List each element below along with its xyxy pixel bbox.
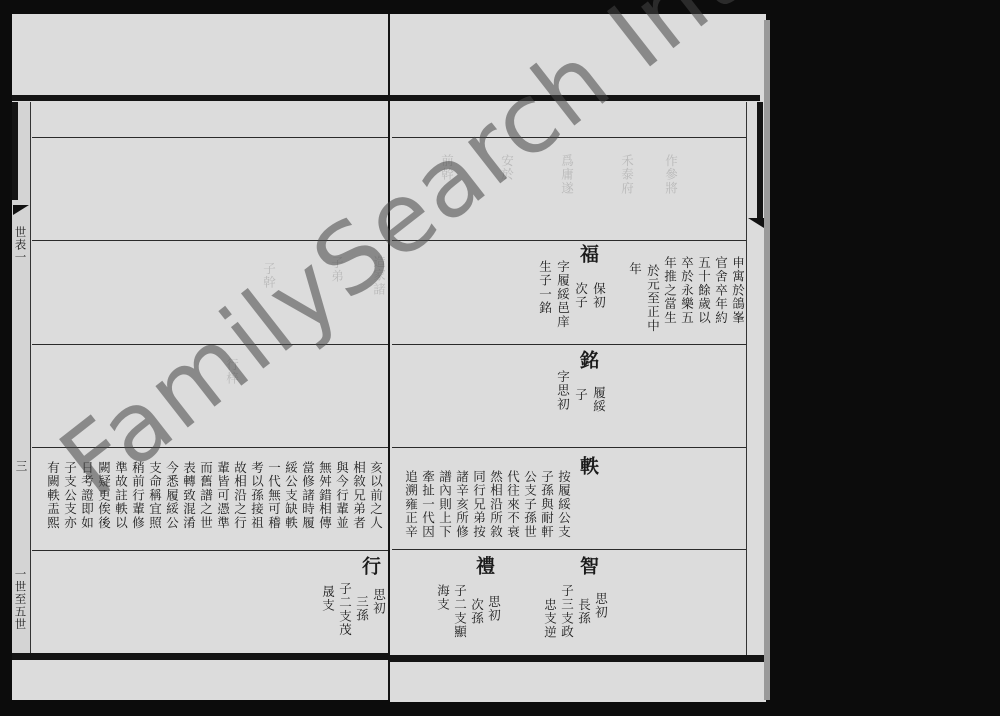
bleed-through-text: 前幹 <box>440 154 453 181</box>
right-top-border <box>390 95 760 101</box>
note-column: 亥以前之人 <box>369 461 382 530</box>
left-row-line-4 <box>32 447 388 448</box>
note-column: 準故註軼以 <box>114 461 127 530</box>
right-note-divider <box>392 549 746 550</box>
note-column: 代往來不衰 <box>506 470 519 539</box>
right-row-line-4 <box>392 447 746 448</box>
right-row-line-3 <box>392 344 746 345</box>
person-details: 字履綏邑庠 <box>556 260 569 329</box>
person-name: 行 <box>360 556 379 575</box>
person-father: 履綏 <box>592 386 605 413</box>
bio-column: 官舍卒年約 <box>714 256 727 325</box>
note-column: 追溯雍正辛 <box>404 470 417 539</box>
person-sons: 子二支茂 <box>338 582 351 637</box>
note-column: 故相沿之行 <box>233 461 246 530</box>
person-children: 生子一銘 <box>538 260 551 315</box>
bio-column: 申寓於鴿峯 <box>731 256 744 325</box>
left-bottom-border <box>12 653 390 660</box>
note-column: 綏公支缺軼 <box>284 461 297 530</box>
person-sons-cont: 忠支逆 <box>543 598 556 639</box>
bio-column: 五十餘歲以 <box>697 256 710 325</box>
left-note-divider <box>32 550 388 551</box>
note-column: 表轉致混淆 <box>182 461 195 530</box>
margin-page-number: 三 <box>15 460 27 473</box>
bleed-through-text: 子幹 <box>262 262 275 289</box>
right-bottom-border <box>390 655 766 662</box>
person-details: 字思初 <box>556 370 569 411</box>
note-column: 而舊譜之世 <box>199 461 212 530</box>
note-column: 闕疑更俟後 <box>97 461 110 530</box>
note-column: 相敘兄弟者 <box>352 461 365 530</box>
note-column: 牽扯一代因 <box>421 470 434 539</box>
note-column: 譜內則上下 <box>438 470 451 539</box>
person-father: 保初 <box>592 282 605 309</box>
left-row-line-2 <box>32 240 388 241</box>
margin-title: 世表一 <box>14 226 26 264</box>
right-row-line-1 <box>392 137 746 138</box>
note-column: 諸辛亥所修 <box>455 470 468 539</box>
note-column: 公支子孫世 <box>523 470 536 539</box>
note-column: 然相沿所敘 <box>489 470 502 539</box>
note-column: 同行兄弟按 <box>472 470 485 539</box>
person-sons-cont: 晟支 <box>321 585 334 612</box>
person-sons: 子三支政 <box>560 584 573 639</box>
note-column: 支命稱宜照 <box>148 461 161 530</box>
note-column: 日考證即如 <box>80 461 93 530</box>
note-column: 有闕軼盂熙 <box>46 461 59 530</box>
margin-generation-range: 一世至五世 <box>14 568 26 631</box>
left-top-border <box>12 95 390 101</box>
note-column: 稍前行輩修 <box>131 461 144 530</box>
right-margin-line <box>746 102 747 655</box>
bleed-through-text: 行梓 <box>225 358 238 385</box>
note-column: 無舛錯相傳 <box>318 461 331 530</box>
person-relation: 次孫 <box>470 598 483 625</box>
bleed-through-text: 安於 <box>500 154 513 181</box>
note-column: 子支公支亦 <box>63 461 76 530</box>
note-column: 與今行輩並 <box>335 461 348 530</box>
person-relation: 三孫 <box>355 595 368 622</box>
note-column: 子孫與耐軒 <box>540 470 553 539</box>
person-father: 思初 <box>594 592 607 619</box>
bleed-through-text: 禾泰府 <box>620 154 633 195</box>
right-fishtail-mark <box>748 218 764 228</box>
note-column: 按履綏公支 <box>557 470 570 539</box>
person-sons: 子二支顯 <box>453 584 466 639</box>
person-sons-cont: 海支 <box>436 584 449 611</box>
left-row-line-1 <box>32 137 388 138</box>
note-column: 今悉履綏公 <box>165 461 178 530</box>
person-father: 思初 <box>372 588 385 615</box>
person-father: 思初 <box>487 595 500 622</box>
bio-column: 年推之當生 <box>663 256 676 325</box>
bio-column: 於元至正中 <box>646 264 659 333</box>
note-column: 當修諸時履 <box>301 461 314 530</box>
left-row-line-3 <box>32 344 388 345</box>
person-relation: 子 <box>574 388 587 402</box>
note-column: 輩皆可憑準 <box>216 461 229 530</box>
person-relation: 長孫 <box>577 598 590 625</box>
left-spine-bar <box>12 102 18 200</box>
person-relation: 次子 <box>574 282 587 309</box>
right-spine-bar <box>757 102 763 220</box>
bio-column: 卒於永樂五 <box>680 256 693 325</box>
person-name: 禮 <box>474 556 493 575</box>
note-column: 考以孫接祖 <box>250 461 263 530</box>
note-heading: 軼 <box>578 456 597 475</box>
bleed-through-text: 造家諸 <box>372 255 385 296</box>
bio-column: 年 <box>628 262 641 276</box>
person-name: 福 <box>578 244 597 263</box>
bleed-through-text: 作參將 <box>664 154 677 195</box>
right-row-line-2 <box>392 240 746 241</box>
bleed-through-text: 爲庸遂 <box>560 154 573 195</box>
page-edge-shadow <box>764 20 770 700</box>
bleed-through-text: 子弟 <box>330 256 343 283</box>
person-name: 智 <box>578 556 597 575</box>
note-column: 一代無可稽 <box>267 461 280 530</box>
left-fishtail-mark <box>13 205 29 215</box>
page-gutter <box>388 14 390 700</box>
person-name: 銘 <box>578 350 597 369</box>
